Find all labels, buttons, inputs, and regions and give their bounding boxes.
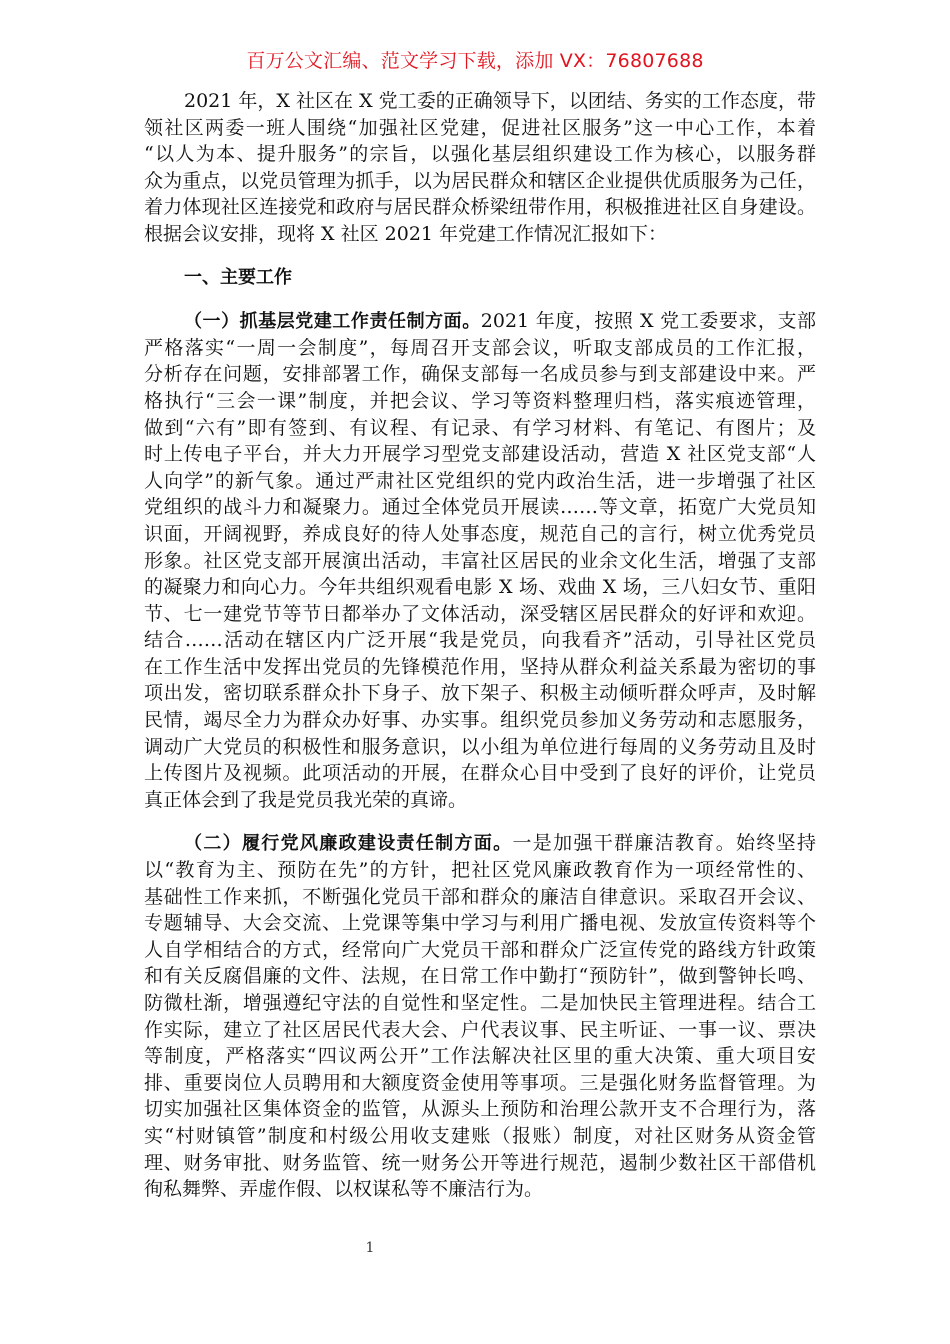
text-line: 调动广大党员的积极性和服务意识，以小组为单位进行每周的义务劳动且及时 (144, 734, 816, 761)
watermark-banner: 百万公文汇编、范文学习下载，添加 VX：76807688 (0, 46, 950, 73)
text-line: 严格落实“一周一会制度”，每周召开支部会议，听取支部成员的工作汇报， (144, 335, 816, 362)
document-body: 2021 年，X 社区在 X 党工委的正确领导下，以团结、务实的工作态度，带 领… (144, 88, 816, 1220)
text-line: 格执行“三会一课”制度，并把会议、学习等资料整理归档，落实痕迹管理， (144, 388, 816, 415)
item-1-title: （一）抓基层党建工作责任制方面。 (184, 311, 481, 332)
text-line: 徇私舞弊、弄虚作假、以权谋私等不廉洁行为。 (144, 1176, 816, 1203)
text-line: 着力体现社区连接党和政府与居民群众桥梁纽带作用，积极推进社区自身建设。 (144, 194, 816, 221)
text-line: 做到“六有”即有签到、有议程、有记录、有学习材料、有笔记、有图片；及 (144, 415, 816, 442)
text-line-first: （二）履行党风廉政建设责任制方面。一是加强干群廉洁教育。始终坚持 (144, 830, 816, 857)
text-line-first: （一）抓基层党建工作责任制方面。2021 年度，按照 X 党工委要求，支部 (144, 308, 816, 335)
text-line: 和有关反腐倡廉的文件、法规，在日常工作中勤打“预防针”，做到警钟长鸣、 (144, 963, 816, 990)
text-line: 切实加强社区集体资金的监管，从源头上预防和治理公款开支不合理行为，落 (144, 1096, 816, 1123)
text-line: 人自学相结合的方式，经常向广大党员干部和群众广泛宣传党的路线方针政策 (144, 937, 816, 964)
text-line: 真正体会到了我是党员我光荣的真谛。 (144, 787, 816, 814)
text-line: 的凝聚力和向心力。今年共组织观看电影 X 场、戏曲 X 场，三八妇女节、重阳 (144, 574, 816, 601)
text-line: 识面，开阔视野，养成良好的待人处事态度，规范自己的言行，树立优秀党员 (144, 521, 816, 548)
text-line: 上传图片及视频。此项活动的开展，在群众心目中受到了良好的评价，让党员 (144, 760, 816, 787)
text-line: 结合……活动在辖区内广泛开展“我是党员，向我看齐”活动，引导社区党员 (144, 627, 816, 654)
section-heading-wrap: 一、主要工作 (144, 265, 816, 292)
text-line: 专题辅导、大会交流、上党课等集中学习与利用广播电视、发放宣传资料等个 (144, 910, 816, 937)
item-2-paragraph: （二）履行党风廉政建设责任制方面。一是加强干群廉洁教育。始终坚持 以“教育为主、… (144, 830, 816, 1202)
text-line: 理、财务审批、财务监管、统一财务公开等进行规范，遏制少数社区干部借机 (144, 1150, 816, 1177)
intro-paragraph: 2021 年，X 社区在 X 党工委的正确领导下，以团结、务实的工作态度，带 领… (144, 88, 816, 248)
text-line: 时上传电子平台，并大力开展学习型党支部建设活动，营造 X 社区党支部“人 (144, 441, 816, 468)
text-line: “以人为本、提升服务”的宗旨，以强化基层组织建设工作为核心，以服务群 (144, 141, 816, 168)
text-line: 项出发，密切联系群众扑下身子、放下架子、积极主动倾听群众呼声，及时解 (144, 680, 816, 707)
item-1-first-line-text: 2021 年度，按照 X 党工委要求，支部 (481, 310, 816, 332)
text-line: 以“教育为主、预防在先”的方针，把社区党风廉政教育作为一项经常性的、 (144, 857, 816, 884)
text-line: 排、重要岗位人员聘用和大额度资金使用等事项。三是强化财务监督管理。为 (144, 1070, 816, 1097)
text-line: 等制度，严格落实“四议两公开”工作法解决社区里的重大决策、重大项目安 (144, 1043, 816, 1070)
text-line: 领社区两委一班人围绕“加强社区党建，促进社区服务”这一中心工作，本着 (144, 115, 816, 142)
text-line: 实“村财镇管”制度和村级公用收支建账（报账）制度，对社区财务从资金管 (144, 1123, 816, 1150)
text-line: 众为重点，以党员管理为抓手，以为居民群众和辖区企业提供优质服务为己任， (144, 168, 816, 195)
text-line: 形象。社区党支部开展演出活动，丰富社区居民的业余文化生活，增强了支部 (144, 548, 816, 575)
text-line: 作实际，建立了社区居民代表大会、户代表议事、民主听证、一事一议、票决 (144, 1017, 816, 1044)
text-line: 节、七一建党节等节日都举办了文体活动，深受辖区居民群众的好评和欢迎。 (144, 601, 816, 628)
item-2-first-line-text: 一是加强干群廉洁教育。始终坚持 (512, 832, 816, 854)
document-page: 百万公文汇编、范文学习下载，添加 VX：76807688 2021 年，X 社区… (0, 0, 950, 1344)
text-line: 基础性工作来抓，不断强化党员干部和群众的廉洁自律意识。采取召开会议、 (144, 884, 816, 911)
text-line: 民情，竭尽全力为群众办好事、办实事。组织党员参加义务劳动和志愿服务， (144, 707, 816, 734)
text-line: 党组织的战斗力和凝聚力。通过全体党员开展读……等文章，拓宽广大党员知 (144, 494, 816, 521)
text-line: 人向学”的新气象。通过严肃社区党组织的党内政治生活，进一步增强了社区 (144, 468, 816, 495)
item-2-title: （二）履行党风廉政建设责任制方面。 (184, 833, 512, 854)
text-line: 分析存在问题，安排部署工作，确保支部每一名成员参与到支部建设中来。严 (144, 361, 816, 388)
section-heading: 一、主要工作 (144, 265, 816, 292)
page-number: 1 (355, 1240, 385, 1256)
text-line: 在工作生活中发挥出党员的先锋模范作用，坚持从群众利益关系最为密切的事 (144, 654, 816, 681)
text-line: 2021 年，X 社区在 X 党工委的正确领导下，以团结、务实的工作态度，带 (144, 88, 816, 115)
text-line: 防微杜渐，增强遵纪守法的自觉性和坚定性。二是加快民主管理进程。结合工 (144, 990, 816, 1017)
text-line: 根据会议安排，现将 X 社区 2021 年党建工作情况汇报如下： (144, 221, 816, 248)
item-1-paragraph: （一）抓基层党建工作责任制方面。2021 年度，按照 X 党工委要求，支部 严格… (144, 308, 816, 813)
